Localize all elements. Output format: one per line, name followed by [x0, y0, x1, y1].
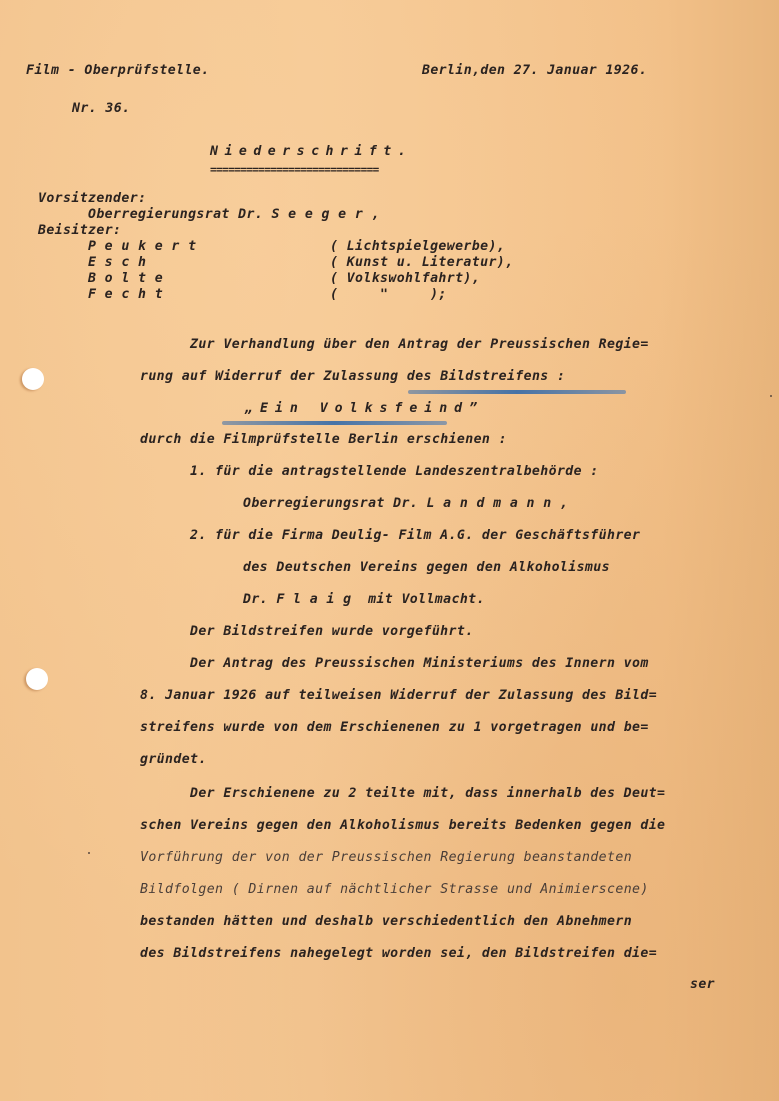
- paragraph-line: des Bildstreifens nahegelegt worden sei,…: [140, 947, 657, 960]
- ink-speck: [770, 395, 772, 397]
- punch-hole-bottom: [26, 668, 48, 690]
- paragraph-line: Vorführung der von der Preussischen Regi…: [140, 851, 632, 864]
- paragraph-line: Bildfolgen ( Dirnen auf nächtlicher Stra…: [140, 883, 649, 896]
- document-number: Nr. 36.: [72, 102, 130, 115]
- document-title: Niederschrift.: [210, 145, 412, 158]
- paragraph-line: schen Vereins gegen den Alkoholismus ber…: [140, 819, 665, 832]
- catchword: ser: [690, 978, 715, 991]
- blue-pencil-underline: [222, 421, 447, 425]
- intro-line: durch die Filmprüfstelle Berlin erschien…: [140, 433, 507, 446]
- assessor-field: ( " );: [330, 288, 447, 301]
- assessor-name: B o l t e: [88, 272, 163, 285]
- party-item: Oberregierungsrat Dr. L a n d m a n n ,: [243, 497, 568, 510]
- film-title: „Ein Volksfeind”: [245, 402, 484, 415]
- office-name: Film - Oberprüfstelle.: [26, 64, 209, 77]
- party-item: des Deutschen Vereins gegen den Alkoholi…: [243, 561, 610, 574]
- blue-pencil-underline: [408, 390, 626, 394]
- paragraph-line: gründet.: [140, 753, 207, 766]
- paragraph-line: bestanden hätten und deshalb verschieden…: [140, 915, 632, 928]
- shown-line: Der Bildstreifen wurde vorgeführt.: [190, 625, 474, 638]
- paragraph-line: Der Erschienene zu 2 teilte mit, dass in…: [190, 787, 665, 800]
- assessor-field: ( Kunst u. Literatur),: [330, 256, 513, 269]
- assessor-name: E s c h: [88, 256, 146, 269]
- chair-name: Oberregierungsrat Dr. S e e g e r ,: [88, 208, 380, 221]
- assessor-name: P e u k e r t: [88, 240, 196, 253]
- ink-speck: [88, 852, 90, 854]
- assessor-field: ( Volkswohlfahrt),: [330, 272, 480, 285]
- assessor-field: ( Lichtspielgewerbe),: [330, 240, 505, 253]
- intro-line: rung auf Widerruf der Zulassung des Bild…: [140, 370, 565, 383]
- paper-sheet: [0, 0, 779, 1101]
- paragraph-line: 8. Januar 1926 auf teilweisen Widerruf d…: [140, 689, 657, 702]
- title-underline: ============================: [210, 164, 379, 175]
- paragraph-line: Der Antrag des Preussischen Ministeriums…: [190, 657, 649, 670]
- place-date: Berlin,den 27. Januar 1926.: [422, 64, 647, 77]
- party-item: Dr. F l a i g mit Vollmacht.: [243, 593, 485, 606]
- chair-label: Vorsitzender:: [38, 192, 146, 205]
- party-item: 1. für die antragstellende Landeszentral…: [190, 465, 599, 478]
- party-item: 2. für die Firma Deulig- Film A.G. der G…: [190, 529, 640, 542]
- paragraph-line: streifens wurde von dem Erschienenen zu …: [140, 721, 649, 734]
- intro-line: Zur Verhandlung über den Antrag der Preu…: [190, 338, 649, 351]
- assessor-name: F e c h t: [88, 288, 163, 301]
- assessors-label: Beisitzer:: [38, 224, 121, 237]
- punch-hole-top: [22, 368, 44, 390]
